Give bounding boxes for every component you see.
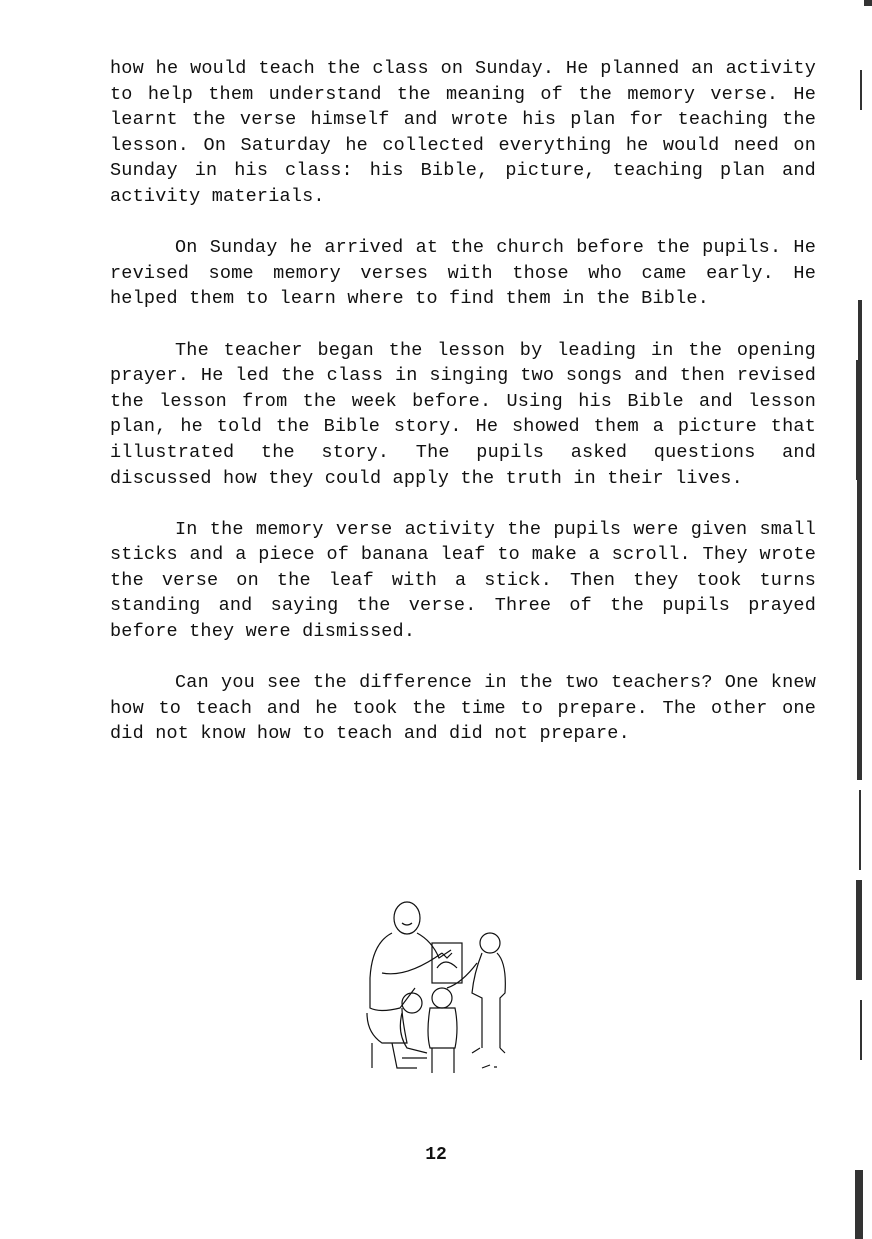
document-page: how he would teach the class on Sunday. … [0,0,872,1239]
paragraph-1: how he would teach the class on Sunday. … [110,56,816,210]
paragraph-4: In the memory verse activity the pupils … [110,517,816,645]
paragraph-3: The teacher began the lesson by leading … [110,338,816,492]
body-text: how he would teach the class on Sunday. … [110,56,816,773]
teacher-with-children-illustration [362,893,532,1083]
paragraph-5: Can you see the difference in the two te… [110,670,816,747]
paragraph-2: On Sunday he arrived at the church befor… [110,235,816,312]
page-number: 12 [0,1145,872,1165]
scan-edge-artifact [850,0,872,1239]
